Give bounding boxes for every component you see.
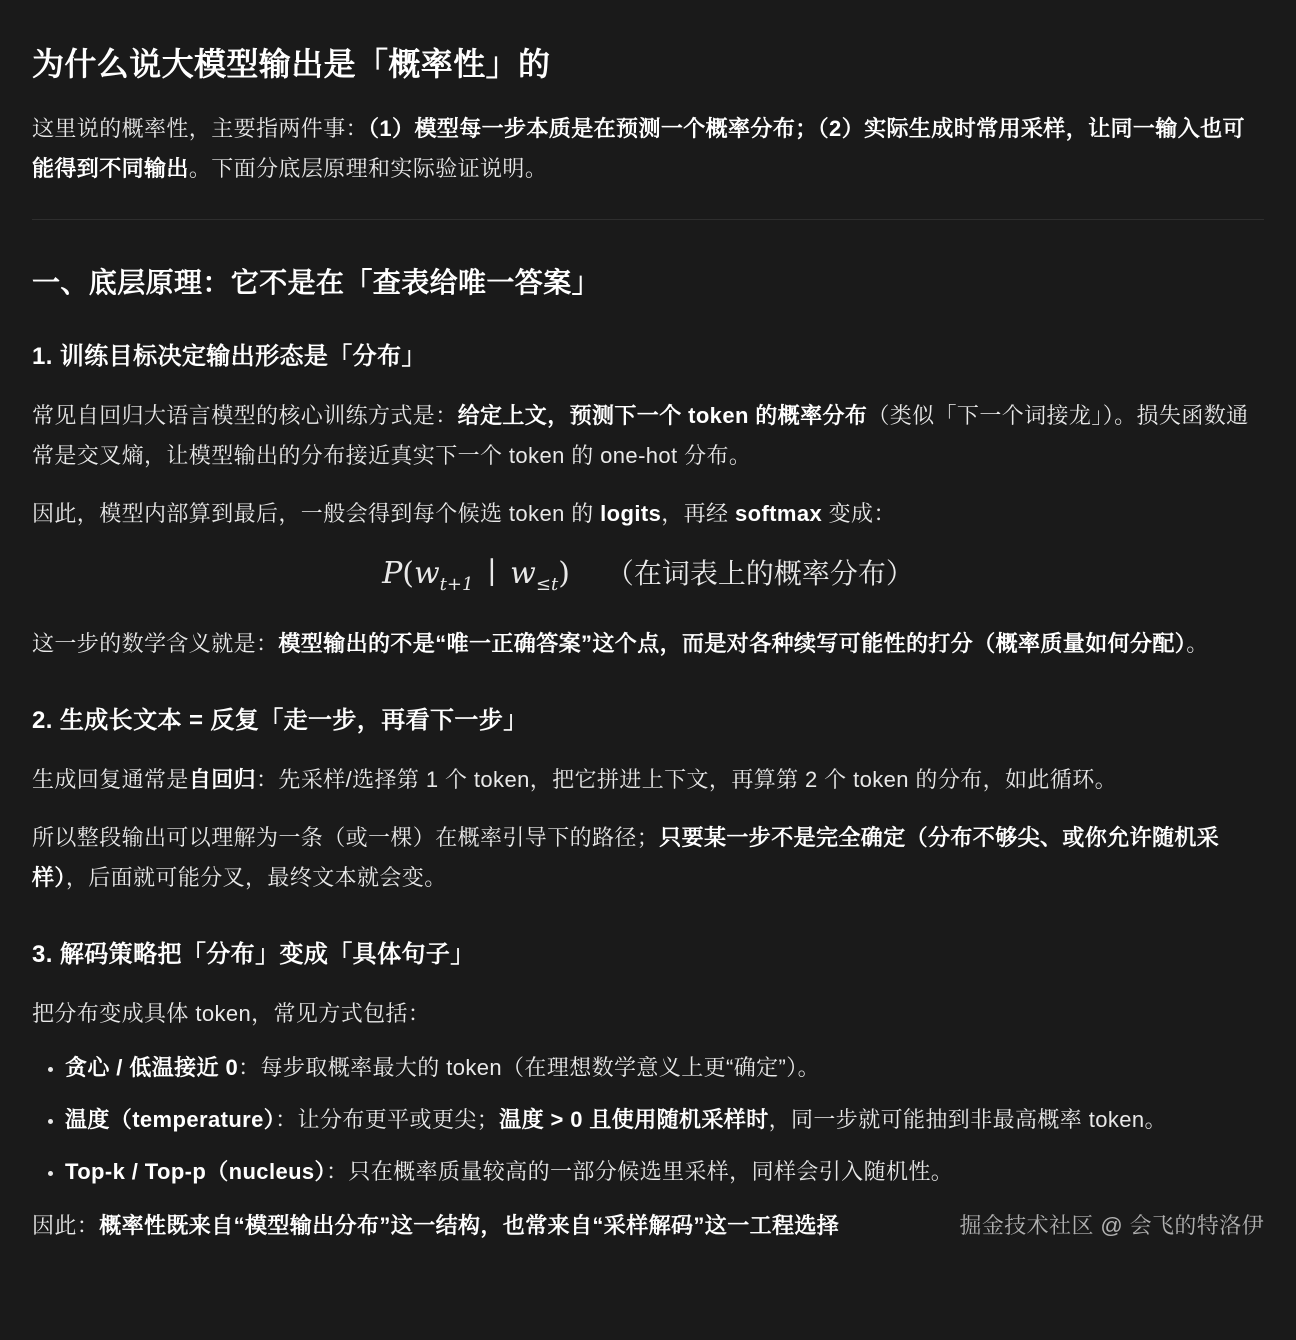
training-objective-paragraph: 常见自回归大语言模型的核心训练方式是：给定上文，预测下一个 token 的概率分… bbox=[32, 396, 1264, 476]
decoding-intro-paragraph: 把分布变成具体 token，常见方式包括： bbox=[32, 994, 1264, 1034]
formula-close-paren: ) bbox=[558, 556, 570, 591]
formula-func: P bbox=[382, 556, 402, 591]
logits-softmax-paragraph: 因此，模型内部算到最后，一般会得到每个候选 token 的 logits，再经 … bbox=[32, 494, 1264, 534]
formula-subscript-2: ≤t bbox=[536, 574, 558, 595]
page-title: 为什么说大模型输出是「概率性」的 bbox=[32, 45, 1264, 83]
path-branching-paragraph: 所以整段输出可以理解为一条（或一棵）在概率引导下的路径；只要某一步不是完全确定（… bbox=[32, 818, 1264, 898]
list-item-greedy: 贪心 / 低温接近 0：每步取概率最大的 token（在理想数学意义上更“确定”… bbox=[65, 1048, 1264, 1088]
list-item-temperature: 温度（temperature）：让分布更平或更尖；温度 > 0 且使用随机采样时… bbox=[65, 1100, 1264, 1140]
autoregressive-paragraph: 生成回复通常是自回归：先采样/选择第 1 个 token，把它拼进上下文，再算第… bbox=[32, 760, 1264, 800]
formula-conditional-bar: ∣ bbox=[487, 556, 496, 591]
formula-w2: w bbox=[510, 556, 536, 591]
formula-open-paren: ( bbox=[402, 556, 414, 591]
conclusion-row: 因此：概率性既来自“模型输出分布”这一结构，也常来自“采样解码”这一工程选择 掘… bbox=[32, 1206, 1264, 1246]
math-formula: P(wt+1∣w≤t)（在词表上的概率分布） bbox=[32, 552, 1264, 596]
decoding-strategies-list: 贪心 / 低温接近 0：每步取概率最大的 token（在理想数学意义上更“确定”… bbox=[32, 1048, 1264, 1192]
formula-subscript-1: t+1 bbox=[440, 574, 474, 595]
formula-note: （在词表上的概率分布） bbox=[606, 557, 914, 590]
subsection-3-heading: 3. 解码策略把「分布」变成「具体句子」 bbox=[32, 940, 1264, 970]
intro-paragraph: 这里说的概率性，主要指两件事：（1）模型每一步本质是在预测一个概率分布；（2）实… bbox=[32, 109, 1264, 189]
formula-expression: P(wt+1∣w≤t) bbox=[382, 556, 570, 591]
section-1-heading: 一、底层原理：它不是在「查表给唯一答案」 bbox=[32, 266, 1264, 300]
divider bbox=[32, 219, 1264, 220]
chat-response-page: { "page": { "background": "#1a1a1a", "te… bbox=[0, 0, 1296, 1340]
math-meaning-paragraph: 这一步的数学含义就是：模型输出的不是“唯一正确答案”这个点，而是对各种续写可能性… bbox=[32, 624, 1264, 664]
formula-w1: w bbox=[414, 556, 440, 591]
watermark: 掘金技术社区 @ 会飞的特洛伊 bbox=[959, 1206, 1264, 1246]
subsection-2-heading: 2. 生成长文本 = 反复「走一步，再看下一步」 bbox=[32, 706, 1264, 736]
list-item-topk-topp: Top-k / Top-p（nucleus）：只在概率质量较高的一部分候选里采样… bbox=[65, 1152, 1264, 1192]
subsection-1-heading: 1. 训练目标决定输出形态是「分布」 bbox=[32, 342, 1264, 372]
